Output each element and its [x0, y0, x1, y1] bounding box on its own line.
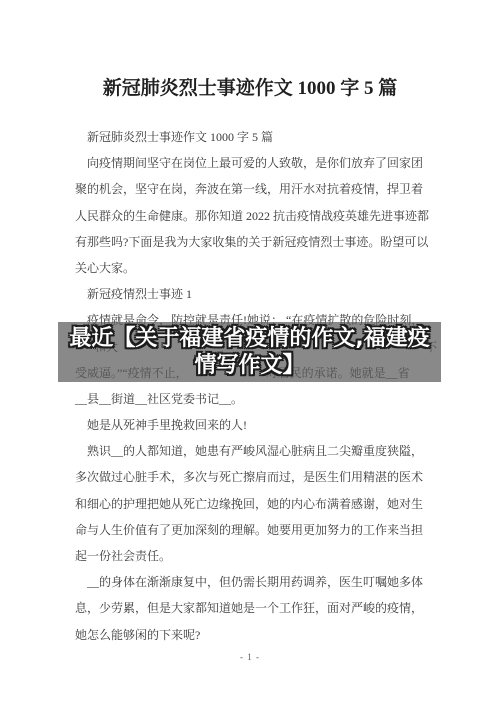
doc-line: __的身体在渐渐康复中，但仍需长期用药调养，医生叮嘱她多体 [75, 569, 435, 595]
doc-line: 她是从死神手里挽救回来的人! [75, 412, 435, 438]
document-title: 新冠肺炎烈士事迹作文 1000 字 5 篇 [0, 76, 500, 102]
doc-line: 息，少劳累，但是大家都知道她是一个工作狂，面对严峻的疫情， [75, 595, 435, 621]
document-page: 新冠肺炎烈士事迹作文 1000 字 5 篇 新冠肺炎烈士事迹作文 1000 字 … [0, 0, 500, 706]
overlay-banner-text-line2: 情写作文】 [194, 352, 304, 379]
doc-line: 人民群众的生命健康。那你知道 2022 抗击疫情战疫英雄先进事迹都 [75, 203, 435, 229]
doc-line: 新冠疫情烈士事迹 1 [75, 281, 435, 307]
doc-line: 多次做过心脏手术，多次与死亡擦肩而过，是医生们用精湛的医术 [75, 464, 435, 490]
page-number: - 1 - [0, 652, 500, 662]
doc-line: 关心大家。 [75, 255, 435, 281]
doc-line: 和细心的护理把她从死亡边缘挽回，她的内心布满着感谢，她对生 [75, 491, 435, 517]
overlay-banner-text-line1: 最近【关于福建省疫情的作文,福建疫 [69, 325, 429, 352]
document-body: 新冠肺炎烈士事迹作文 1000 字 5 篇向疫情期间坚守在岗位上最可爱的人致敬，… [75, 124, 435, 648]
doc-line: 熟识__的人都知道，她患有严峻风湿心脏病且二尖瓣重度狭隘， [75, 438, 435, 464]
doc-line: 起一份社会责任。 [75, 543, 435, 569]
doc-line: 聚的机会，坚守在岗，奔波在第一线，用汗水对抗着疫情，捍卫着 [75, 176, 435, 202]
doc-line: 她怎么能够闲的下来呢? [75, 622, 435, 648]
doc-line: 命与人生价值有了更加深刻的理解。她要用更加努力的工作来当担 [75, 517, 435, 543]
overlay-banner[interactable]: 最近【关于福建省疫情的作文,福建疫 情写作文】 [58, 322, 441, 382]
doc-line: 新冠肺炎烈士事迹作文 1000 字 5 篇 [75, 124, 435, 150]
doc-line: 有那些吗?下面是我为大家收集的关于新冠疫情烈士事迹。盼望可以 [75, 229, 435, 255]
doc-line: __县__街道__社区党委书记__。 [75, 386, 435, 412]
doc-line: 向疫情期间坚守在岗位上最可爱的人致敬，是你们放弃了回家团 [75, 150, 435, 176]
